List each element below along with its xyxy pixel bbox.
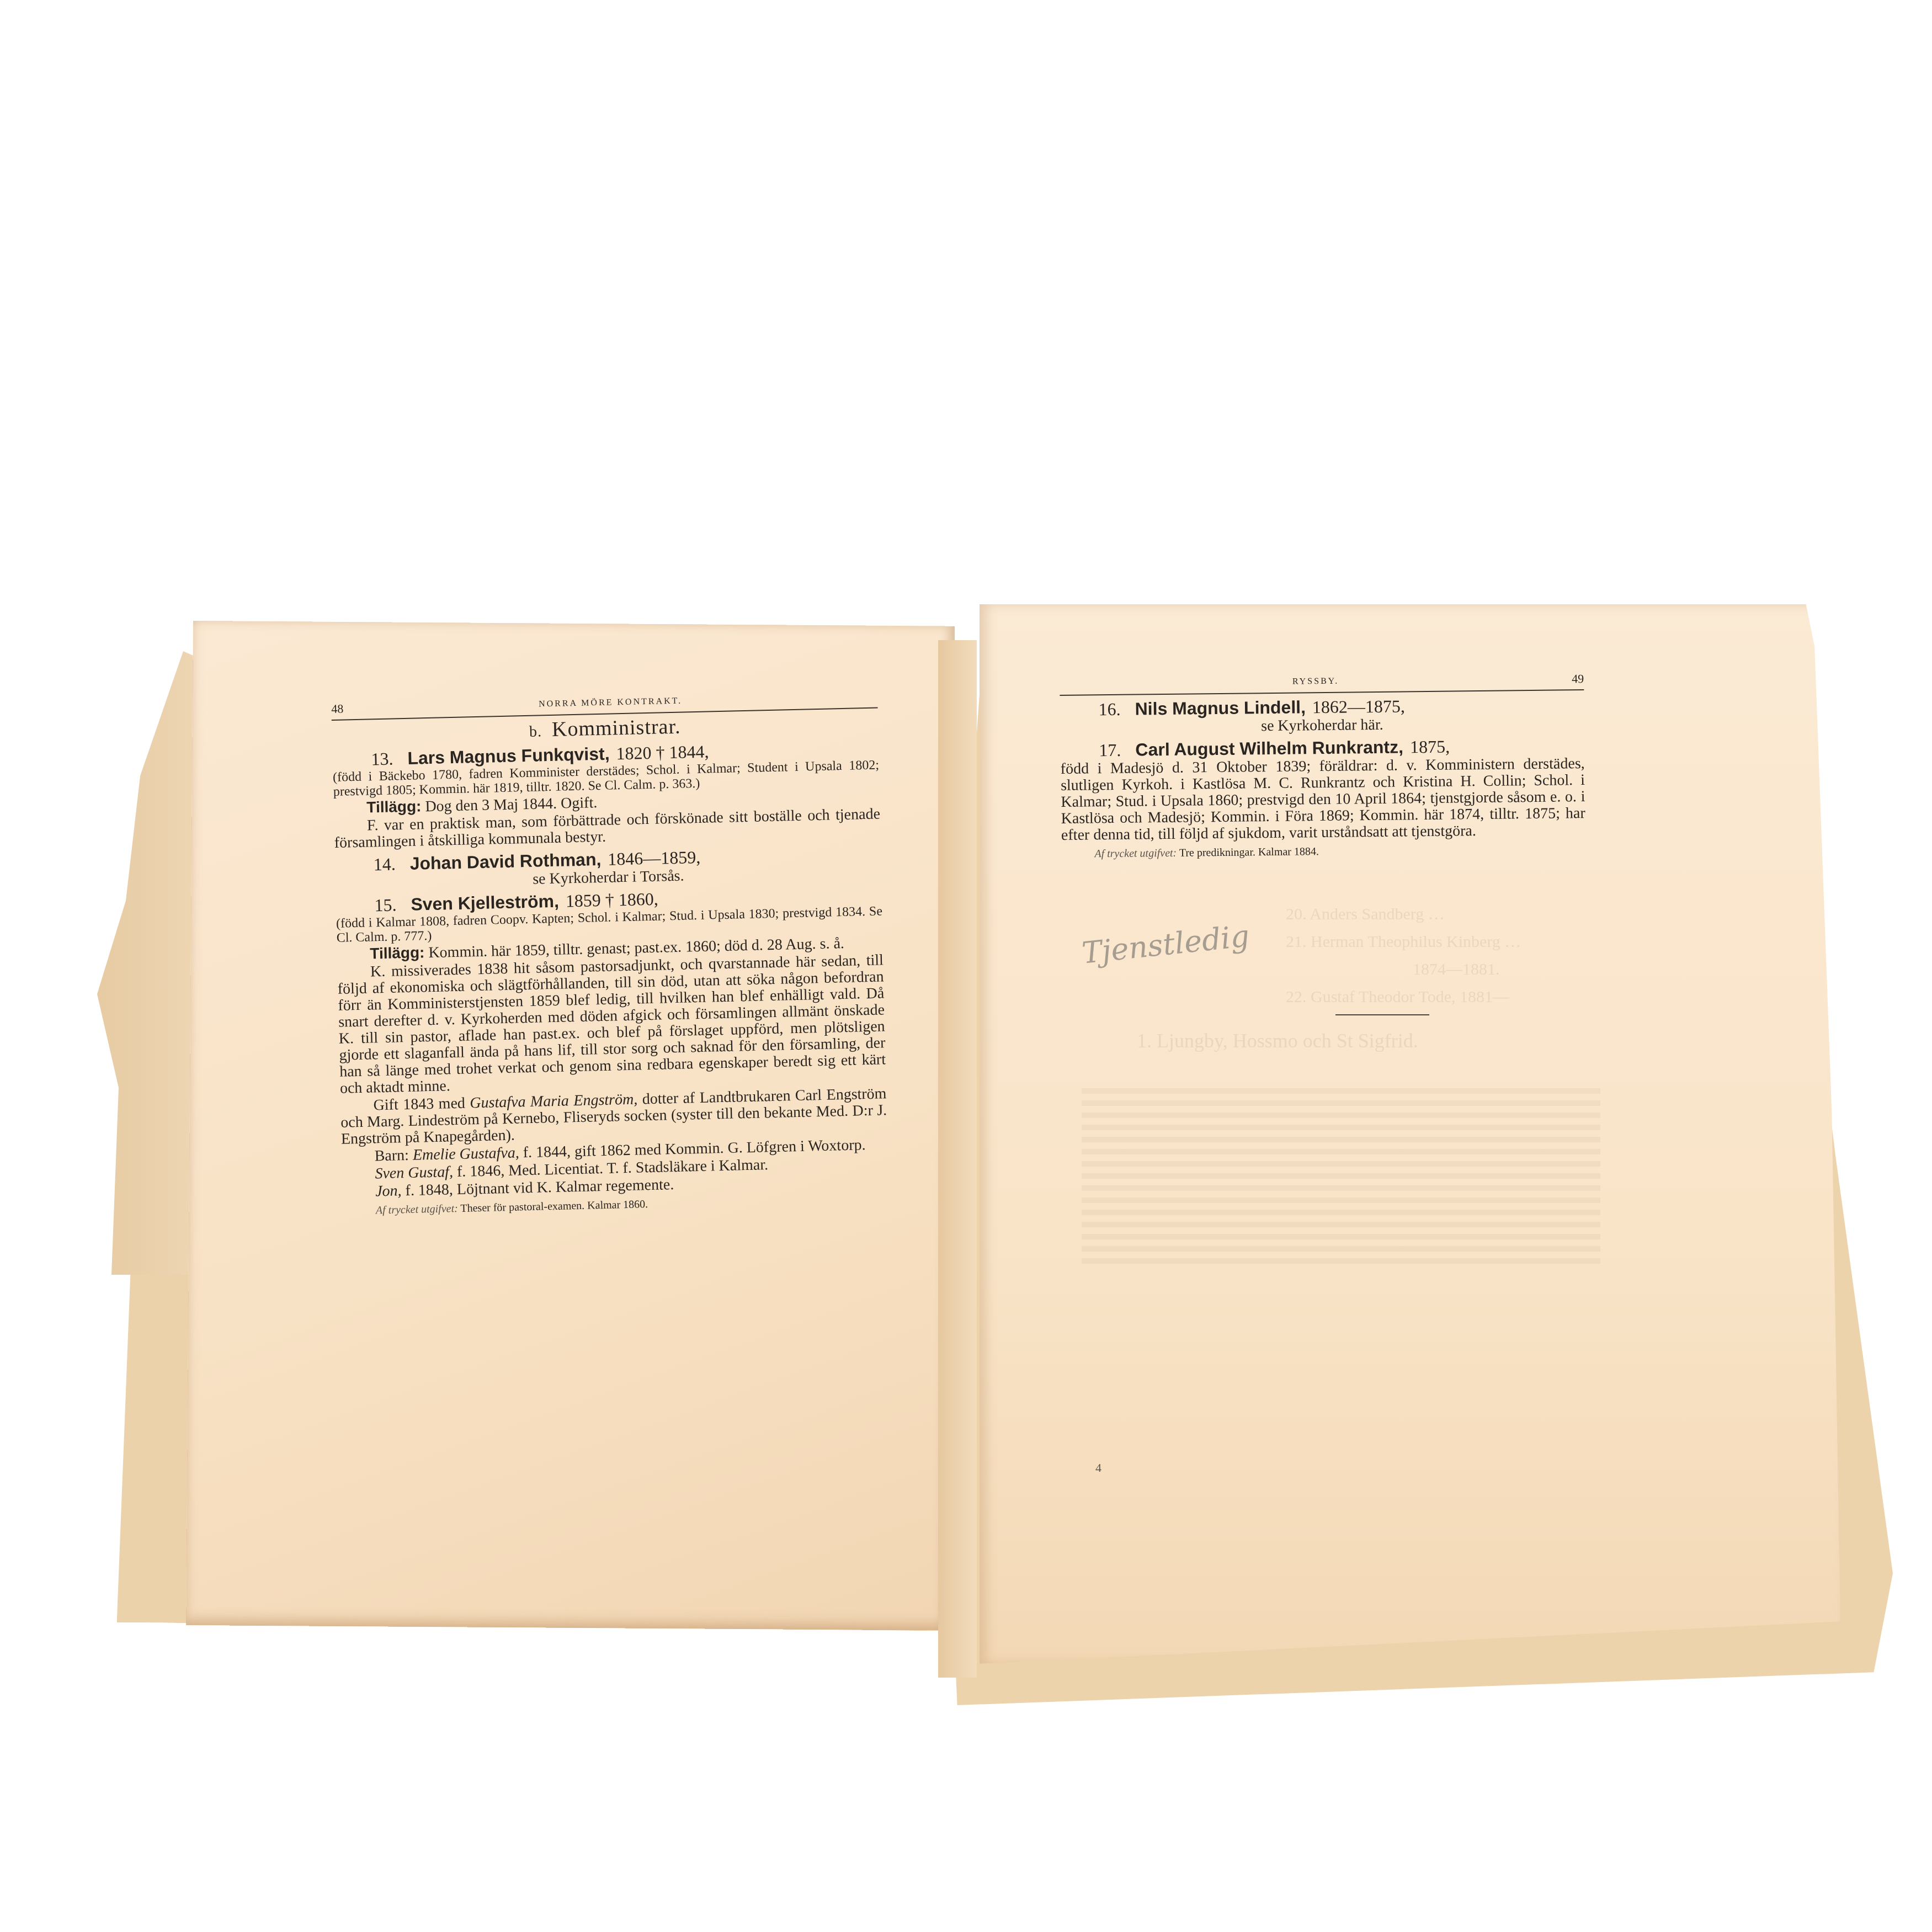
entry-heading: 16.Nils Magnus Lindell,1862—1875, (1060, 696, 1584, 718)
show-through-text: 22. Gustaf Theodor Tode, 1881— (1286, 988, 1509, 1007)
page-number: 49 (1572, 670, 1584, 687)
show-through-heading: 1. Ljungby, Hossmo och St Sigfrid. (1137, 1029, 1418, 1052)
binding-spine (938, 640, 977, 1678)
left-page: 48 NORRA MÖRE KONTRAKT. b.Komministrar. … (331, 689, 889, 1220)
show-through-text: 21. Herman Theophilus Kinberg … (1286, 933, 1521, 951)
section-divider-rule (1335, 1014, 1429, 1015)
show-through-text: 1874—1881. (1413, 960, 1500, 979)
entry-bio: född i Madesjö d. 31 Oktober 1839; föräl… (1061, 755, 1586, 844)
show-through-text: 20. Anders Sandberg … (1286, 905, 1445, 924)
entry-text: K. missiverades 1838 hit såsom pastorsad… (337, 952, 886, 1097)
running-head-title: NORRA MÖRE KONTRAKT. (539, 693, 683, 713)
right-page: RYSSBY. 49 16.Nils Magnus Lindell,1862—1… (1060, 670, 1585, 863)
page-number: 48 (331, 701, 344, 717)
running-head-title: RYSSBY. (1292, 673, 1339, 690)
stray-ink-mark: 4 (1095, 1461, 1101, 1475)
show-through-paragraphs (1082, 1082, 1600, 1270)
